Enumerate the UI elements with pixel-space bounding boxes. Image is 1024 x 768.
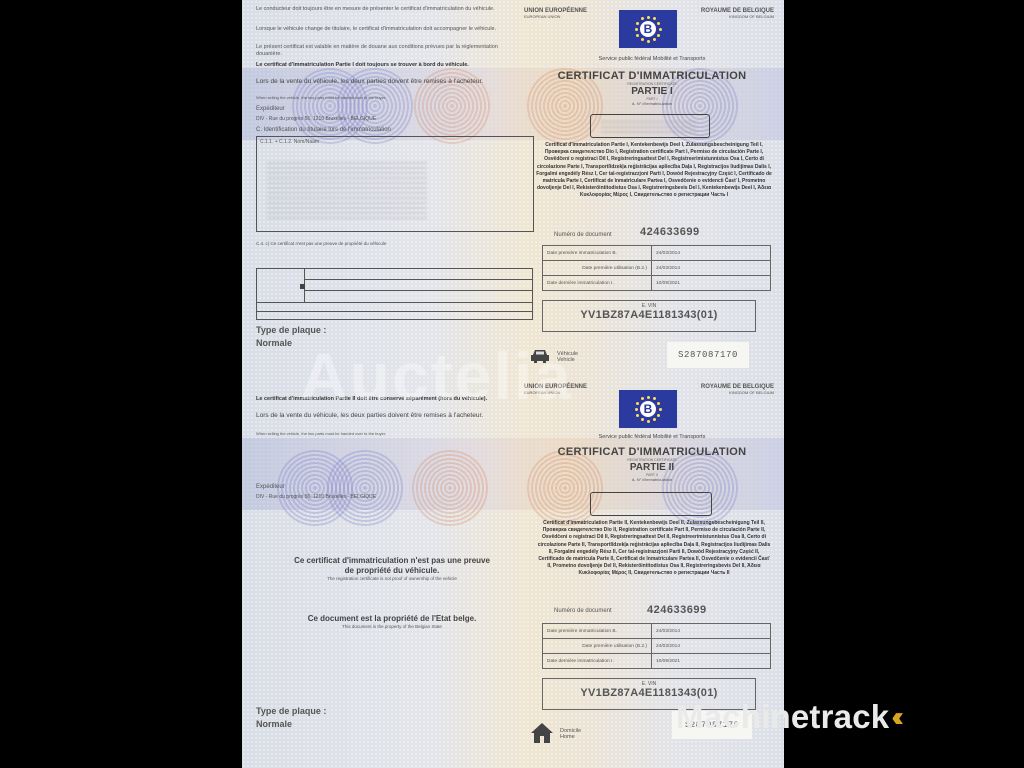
country-code: B — [640, 21, 656, 37]
date-value: 10/09/2021 — [652, 276, 771, 291]
vin-number: YV1BZ87A4E1181343(01) — [543, 309, 755, 321]
certificate-title: CERTIFICAT D'IMMATRICULATION — [532, 446, 772, 458]
document-number: 424633699 — [640, 226, 700, 238]
serial-number: S287087170 — [667, 342, 749, 368]
logo-text: Machinetrack — [676, 698, 889, 736]
redacted-holder-info — [267, 159, 427, 219]
notice-sale: Lors de la vente du véhicule, les deux p… — [256, 78, 501, 86]
certificate-heading: Service public fédéral Mobilité et Trans… — [532, 56, 772, 106]
document-number-label: Numéro de document — [554, 232, 612, 238]
service-label: Service public fédéral Mobilité et Trans… — [532, 56, 772, 62]
date-label: Date première immatriculation B. — [543, 624, 652, 639]
ownership-en: The registration certificate is not proo… — [252, 576, 532, 581]
date-label: Date première utilisation (B.2.) — [543, 261, 652, 276]
eu-flag: B — [619, 390, 677, 428]
ownership-disclaimer: Ce certificat d'immatriculation n'est pa… — [252, 556, 532, 581]
sender-address: DIV - Rue du progrès 56, 1210 Bruxelles … — [256, 116, 376, 123]
date-row: Date première utilisation (B.2.)24/03/20… — [543, 261, 771, 276]
holder-label: C. Identification du titulaire lors de l… — [256, 127, 391, 134]
state-property-notice: Ce document est la propriété de l'Etat b… — [252, 614, 532, 629]
checkbox-marker — [300, 284, 305, 289]
state-property-fr: Ce document est la propriété de l'Etat b… — [252, 614, 532, 624]
eu-label: UNION EUROPÉENNE EUROPEAN UNION — [524, 8, 587, 20]
home-label-en: Home — [560, 734, 581, 740]
plate-number-label: A. N° d'immatriculation — [532, 101, 772, 106]
document-number: 424633699 — [647, 604, 707, 616]
date-label: Date première utilisation (B.2.) — [543, 639, 652, 654]
double-chevron-left-icon: ‹‹ — [891, 701, 898, 733]
notice-sale-en: When selling the vehicle, the two parts … — [256, 94, 501, 101]
date-row: Date première utilisation (B.2.)24/03/20… — [543, 639, 771, 654]
plate-number-box — [590, 114, 710, 138]
service-label: Service public fédéral Mobilité et Trans… — [532, 434, 772, 440]
country-label: ROYAUME DE BELGIQUE KINGDOM OF BELGIUM — [684, 384, 774, 396]
machinetrack-logo: Machinetrack ‹‹ — [676, 698, 898, 736]
notice-text: Lorsque le véhicule change de titulaire,… — [256, 26, 501, 33]
state-property-en: This document is the property of the Bel… — [252, 624, 532, 629]
country-code: B — [640, 401, 656, 417]
date-label: Date dernière immatriculation I. — [543, 276, 652, 291]
date-row: Date dernière immatriculation I.10/09/20… — [543, 276, 771, 291]
sender-address: DIV - Rue du progrès 56, 1210 Bruxelles … — [256, 494, 376, 501]
sender-label: Expéditeur — [256, 484, 285, 491]
holder-box: C.1.1. + C.1.2. Nom/Naam — [256, 136, 534, 232]
date-row: Date dernière immatriculation I.10/09/20… — [543, 654, 771, 669]
notice-sale-en: When selling the vehicle, the two parts … — [256, 430, 501, 437]
multilingual-title: Certificat d'immatriculation Partie I, K… — [536, 142, 772, 200]
plate-number-label: A. N° d'immatriculation — [532, 477, 772, 482]
date-label: Date première immatriculation B. — [543, 246, 652, 261]
part-label: PARTIE I — [532, 86, 772, 97]
dates-table: Date première immatriculation B.24/03/20… — [542, 245, 771, 291]
auctelia-watermark: Auctelia — [300, 338, 573, 414]
country-label-en: KINGDOM OF BELGIUM — [684, 14, 774, 20]
date-value: 24/03/2014 — [652, 261, 771, 276]
notice-text: Le conducteur doit toujours être en mesu… — [256, 6, 501, 13]
ownership-note: C.4. c) Ce certificat n'est pas une preu… — [256, 240, 386, 247]
plate-type-value: Normale — [256, 718, 326, 731]
country-label-en: KINGDOM OF BELGIUM — [684, 390, 774, 396]
date-value: 24/03/2014 — [652, 639, 771, 654]
guilloche-pattern — [327, 450, 403, 526]
country-label: ROYAUME DE BELGIQUE KINGDOM OF BELGIUM — [684, 8, 774, 20]
registration-grid — [256, 268, 533, 320]
multilingual-title: Certificat d'immatriculation Partie II, … — [536, 520, 772, 578]
home-label: Domicile Home — [560, 728, 581, 740]
date-value: 24/03/2014 — [652, 624, 771, 639]
date-row: Date première immatriculation B.24/03/20… — [543, 246, 771, 261]
certificate-part-1: Le conducteur doit toujours être en mesu… — [242, 0, 784, 378]
plate-type-label: Type de plaque : — [256, 705, 326, 718]
plate-type-label: Type de plaque : — [256, 324, 326, 337]
holder-name-label: C.1.1. + C.1.2. Nom/Naam — [260, 139, 319, 146]
eu-label-en: EUROPEAN UNION — [524, 14, 587, 20]
document-number-label: Numéro de document — [554, 608, 612, 614]
part-label: PARTIE II — [532, 462, 772, 473]
notice-onboard: Le certificat d'immatriculation Partie I… — [256, 62, 501, 69]
vin-box: E. VIN YV1BZ87A4E1181343(01) — [542, 300, 756, 332]
certificate-heading: Service public fédéral Mobilité et Trans… — [532, 434, 772, 482]
sender-label: Expéditeur — [256, 106, 285, 113]
redacted-plate-number — [601, 119, 697, 133]
certificate-title: CERTIFICAT D'IMMATRICULATION — [532, 70, 772, 82]
ownership-fr: Ce certificat d'immatriculation n'est pa… — [292, 556, 492, 576]
plate-number-box — [590, 492, 712, 516]
eu-flag: B — [619, 10, 677, 48]
date-value: 24/03/2014 — [652, 246, 771, 261]
house-icon — [530, 722, 554, 744]
guilloche-pattern — [412, 450, 488, 526]
notice-text: Le présent certificat est valable en mat… — [256, 44, 501, 58]
date-label: Date dernière immatriculation I. — [543, 654, 652, 669]
date-value: 10/09/2021 — [652, 654, 771, 669]
dates-table: Date première immatriculation B.24/03/20… — [542, 623, 771, 669]
date-row: Date première immatriculation B.24/03/20… — [543, 624, 771, 639]
plate-type: Type de plaque : Normale — [256, 705, 326, 731]
